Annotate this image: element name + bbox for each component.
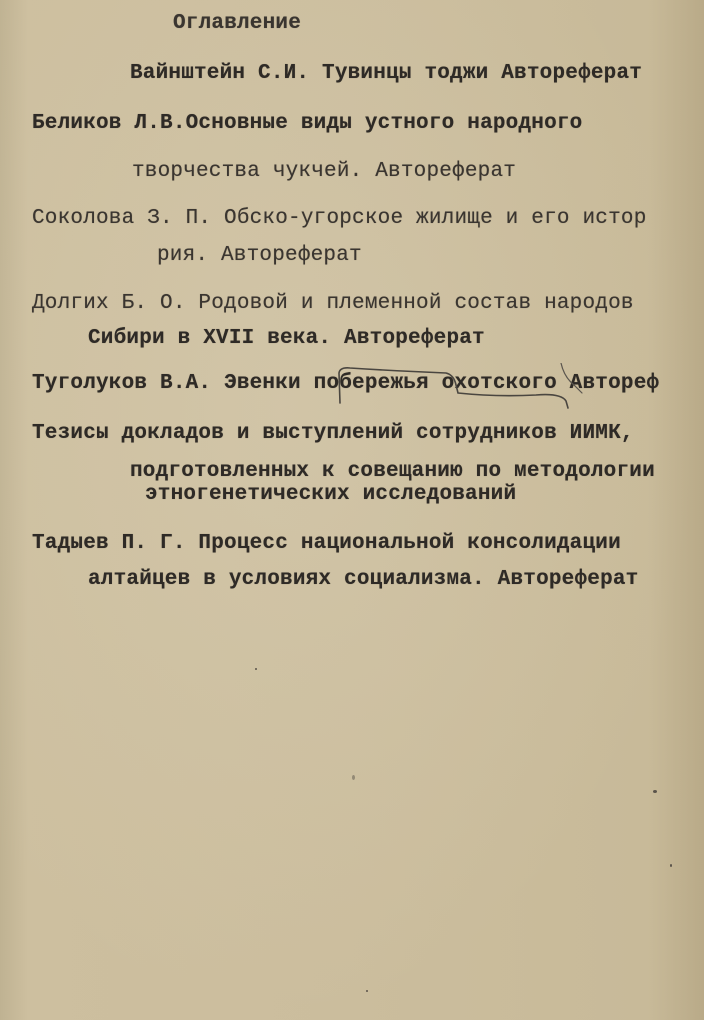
toc-entry-4-line-2: Сибири в XVII века. Автореферат: [88, 327, 485, 350]
paper-speck: [352, 775, 355, 780]
toc-entry-5-line-1: Туголуков В.А. Эвенки побережья охотског…: [32, 372, 659, 395]
paper-speck: [653, 790, 657, 793]
toc-entry-2-line-1: Беликов Л.В.Основные виды устного народн…: [32, 112, 583, 135]
paper-speck: [255, 668, 257, 670]
toc-entry-3-line-2: рия. Автореферат: [157, 244, 362, 267]
paper-speck: [670, 864, 672, 867]
page-title: Оглавление: [173, 12, 301, 35]
toc-entry-6-line-1: Тезисы докладов и выступлений сотруднико…: [32, 422, 634, 445]
toc-entry-2-line-2: творчества чукчей. Автореферат: [132, 160, 516, 183]
toc-entry-6-line-2: подготовленных к совещанию по методологи…: [130, 460, 655, 483]
toc-entry-7-line-1: Тадыев П. Г. Процесс национальной консол…: [32, 532, 621, 555]
toc-entry-4-line-1: Долгих Б. О. Родовой и племенной состав …: [32, 292, 634, 315]
paper-speck: [366, 990, 368, 992]
toc-entry-6-line-3: этногенетических исследований: [145, 483, 516, 506]
toc-entry-1-line-1: Вайнштейн С.И. Тувинцы тоджи Автореферат: [130, 62, 642, 85]
document-page: Оглавление Вайнштейн С.И. Тувинцы тоджи …: [0, 0, 704, 1020]
toc-entry-3-line-1: Соколова З. П. Обско-угорское жилище и е…: [32, 207, 647, 230]
toc-entry-7-line-2: алтайцев в условиях социализма. Авторефе…: [88, 568, 639, 591]
